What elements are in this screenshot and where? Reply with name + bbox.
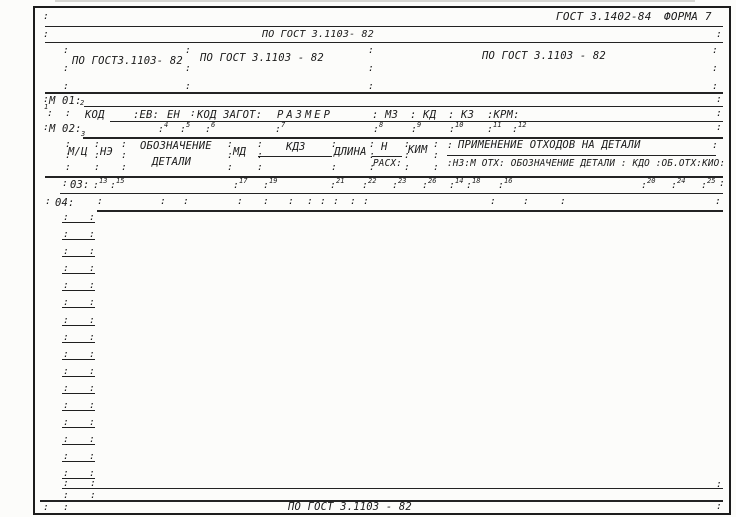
entry-row-line bbox=[62, 256, 95, 257]
gost-ref-top: ПО ГОСТ 3.1103- 82 bbox=[262, 29, 374, 40]
field-number: :11 bbox=[487, 121, 501, 135]
col-kod-zagot: КОД ЗАГОТ: bbox=[197, 109, 262, 121]
entry-row: : : bbox=[62, 450, 96, 467]
entry-row: : : bbox=[62, 314, 96, 331]
col-kod: КОД bbox=[85, 109, 105, 121]
standard-ref: ГОСТ 3.1402-84 bbox=[556, 10, 652, 23]
entry-row: : : bbox=[62, 228, 96, 245]
colon-mark: : bbox=[97, 197, 103, 207]
rule-under-primenenie bbox=[447, 155, 716, 156]
entry-row-line bbox=[62, 376, 95, 377]
entry-row: : : bbox=[62, 382, 96, 399]
field-number: :10 bbox=[449, 121, 463, 135]
entry-row: : : bbox=[62, 348, 96, 365]
entry-row: : : bbox=[62, 399, 96, 416]
entry-row: : : bbox=[62, 279, 96, 296]
field-number: :15 bbox=[110, 177, 124, 191]
field-number: :18 bbox=[466, 177, 480, 191]
colon-mark: : bbox=[433, 151, 439, 161]
col-ev: :ЕВ: bbox=[133, 109, 159, 121]
colon-mark: : bbox=[716, 480, 722, 490]
colon-mark: : bbox=[523, 197, 529, 207]
entry-row: : : bbox=[62, 262, 96, 279]
entry-row-line bbox=[62, 342, 95, 343]
entry-row: : : bbox=[62, 245, 96, 262]
colon-mark: : bbox=[65, 109, 71, 119]
field-number: :12 bbox=[512, 121, 526, 135]
entry-row-line bbox=[62, 325, 95, 326]
field-number: :7 bbox=[275, 121, 285, 135]
field-number: :4 bbox=[158, 121, 168, 135]
colon-mark: : bbox=[190, 109, 196, 119]
colon-mark: : bbox=[185, 64, 191, 74]
colon-mark: : bbox=[63, 479, 69, 489]
col-mc: М/Ц bbox=[68, 146, 88, 158]
colon-mark: : bbox=[185, 46, 191, 56]
col-md: МД bbox=[233, 146, 246, 158]
colon-mark: : bbox=[490, 197, 496, 207]
col-n: Н bbox=[381, 141, 388, 153]
field-number: :9 bbox=[411, 121, 421, 135]
colon-mark: : bbox=[307, 197, 313, 207]
colon-mark: : bbox=[257, 140, 263, 150]
colon-mark: : bbox=[63, 46, 69, 56]
rule-under-title bbox=[45, 26, 723, 27]
col-othody-subheader: :НЗ:М ОТХ: ОБОЗНАЧЕНИЕ ДЕТАЛИ : КДО :ОБ.… bbox=[447, 158, 725, 169]
rule-under-ref-band bbox=[45, 92, 723, 94]
field-number: :20 bbox=[641, 177, 655, 191]
colon-mark: : bbox=[227, 163, 233, 173]
colon-mark: : bbox=[65, 163, 71, 173]
colon-mark: : bbox=[90, 491, 96, 501]
colon-mark: : bbox=[43, 503, 49, 513]
colon-mark: : bbox=[160, 197, 166, 207]
colon-mark: : bbox=[43, 30, 49, 40]
kdz-fraction-line bbox=[258, 156, 332, 157]
gost-ref-cell-3: ПО ГОСТ 3.1103 - 82 bbox=[482, 50, 606, 62]
colon-mark: : bbox=[404, 163, 410, 173]
field-number: :25 bbox=[701, 177, 715, 191]
colon-mark: : bbox=[237, 197, 243, 207]
entry-row-line bbox=[62, 359, 95, 360]
rule-under-table-header bbox=[45, 176, 723, 178]
rule-under-row04 bbox=[97, 210, 723, 212]
entry-rows-ladder: : : : : : : : : : : : : : : : bbox=[62, 211, 96, 485]
entry-row: : : bbox=[62, 296, 96, 313]
field-number: :21 bbox=[330, 177, 344, 191]
colon-mark: : bbox=[333, 197, 339, 207]
colon-mark: : bbox=[715, 197, 721, 207]
entry-row-line bbox=[62, 410, 95, 411]
row-03-label: 03: bbox=[70, 179, 90, 191]
colon-mark: : bbox=[94, 163, 100, 173]
entry-row-line bbox=[62, 290, 95, 291]
col-krm: :КРМ: bbox=[487, 109, 520, 121]
row-m01-label: М 01: bbox=[49, 95, 82, 107]
entry-row-line bbox=[62, 427, 95, 428]
entry-row-line bbox=[62, 307, 95, 308]
colon-mark: : bbox=[121, 140, 127, 150]
colon-mark: : bbox=[719, 179, 725, 189]
n-rasx-fraction-line bbox=[372, 156, 402, 157]
field-number: :14 bbox=[449, 177, 463, 191]
colon-mark: : bbox=[433, 140, 439, 150]
colon-mark: : bbox=[62, 179, 68, 189]
colon-mark: : bbox=[716, 30, 722, 40]
col-kdz: КДЗ bbox=[286, 141, 306, 153]
form-number: ФОРМА 7 bbox=[664, 10, 712, 23]
colon-mark: : bbox=[447, 141, 453, 151]
row-m02-label: М 02: bbox=[49, 123, 82, 135]
colon-mark: : bbox=[368, 64, 374, 74]
colon-mark: : bbox=[368, 82, 374, 92]
col-razmer: РАЗМЕР bbox=[277, 109, 333, 121]
rule-under-top-ref bbox=[45, 42, 723, 43]
field-number: :26 bbox=[422, 177, 436, 191]
col-en: ЕН bbox=[167, 109, 180, 121]
colon-mark: : bbox=[47, 109, 53, 119]
col-mz: : МЗ bbox=[372, 109, 398, 121]
col-detali: ДЕТАЛИ bbox=[152, 156, 191, 168]
field-number: :13 bbox=[93, 177, 107, 191]
col-kz: : КЗ bbox=[448, 109, 474, 121]
colon-mark: : bbox=[320, 197, 326, 207]
row-04-label: 04: bbox=[55, 197, 75, 209]
colon-mark: : bbox=[350, 197, 356, 207]
colon-mark: : bbox=[716, 109, 722, 119]
field-number: :5 bbox=[180, 121, 190, 135]
field-number: :17 bbox=[233, 177, 247, 191]
colon-mark: : bbox=[185, 82, 191, 92]
colon-mark: : bbox=[712, 64, 718, 74]
colon-mark: : bbox=[257, 151, 263, 161]
scanned-gost-form: : ГОСТ 3.1402-84 ФОРМА 7 : ПО ГОСТ 3.110… bbox=[0, 0, 736, 517]
colon-mark: : bbox=[560, 197, 566, 207]
col-kim: КИМ bbox=[408, 144, 428, 156]
col-dlina: ДЛИНА bbox=[334, 146, 367, 158]
colon-mark: : bbox=[716, 95, 722, 105]
entry-row: : : bbox=[62, 211, 96, 228]
field-number: :24 bbox=[671, 177, 685, 191]
colon-mark: : bbox=[90, 479, 96, 489]
colon-mark: : bbox=[433, 163, 439, 173]
col-kd: : КД bbox=[410, 109, 436, 121]
colon-mark: : bbox=[43, 12, 49, 22]
rule-body-bottom bbox=[62, 488, 723, 489]
gost-ref-cell-1: ПО ГОСТ3.1103- 82 bbox=[72, 55, 183, 67]
colon-mark: : bbox=[716, 123, 722, 133]
field-number: :22 bbox=[362, 177, 376, 191]
colon-mark: : bbox=[712, 46, 718, 56]
colon-mark: : bbox=[45, 197, 51, 207]
colon-mark: : bbox=[121, 151, 127, 161]
col-rasx: РАСХ: bbox=[373, 158, 402, 169]
entry-row-line bbox=[62, 393, 95, 394]
entry-row-line bbox=[62, 222, 95, 223]
entry-row-line bbox=[62, 273, 95, 274]
colon-mark: : bbox=[288, 197, 294, 207]
gost-ref-bottom: ПО ГОСТ 3.1103 - 82 bbox=[288, 501, 412, 513]
colon-mark: : bbox=[121, 163, 127, 173]
colon-mark: : bbox=[368, 46, 374, 56]
entry-row-line bbox=[62, 239, 95, 240]
entry-row: : : bbox=[62, 416, 96, 433]
colon-mark: : bbox=[63, 82, 69, 92]
rule-under-m01 bbox=[84, 106, 723, 107]
entry-row: : : bbox=[62, 433, 96, 450]
field-number: :6 bbox=[205, 121, 215, 135]
field-number: 3 bbox=[81, 130, 85, 138]
colon-mark: : bbox=[257, 163, 263, 173]
field-number: :19 bbox=[263, 177, 277, 191]
field-number: :23 bbox=[392, 177, 406, 191]
form-border bbox=[33, 6, 731, 515]
entry-row: : : bbox=[62, 331, 96, 348]
colon-mark: : bbox=[63, 491, 69, 501]
colon-mark: : bbox=[369, 140, 375, 150]
colon-mark: : bbox=[63, 64, 69, 74]
field-number: :8 bbox=[373, 121, 383, 135]
colon-mark: : bbox=[263, 197, 269, 207]
colon-mark: : bbox=[716, 502, 722, 512]
colon-mark: : bbox=[331, 163, 337, 173]
entry-row: : : bbox=[62, 365, 96, 382]
entry-row-line bbox=[62, 461, 95, 462]
colon-mark: : bbox=[712, 82, 718, 92]
rule-under-row03 bbox=[60, 193, 723, 194]
entry-row-line bbox=[62, 444, 95, 445]
colon-mark: : bbox=[183, 197, 189, 207]
colon-mark: : bbox=[363, 197, 369, 207]
field-number: :16 bbox=[498, 177, 512, 191]
colon-mark: : bbox=[712, 141, 718, 151]
scan-edge-artifact bbox=[55, 0, 695, 2]
col-oboznachenie: ОБОЗНАЧЕНИЕ bbox=[140, 140, 212, 152]
colon-mark: : bbox=[63, 503, 69, 513]
field-number: 2 bbox=[80, 99, 84, 107]
col-primenenie-othodov: ПРИМЕНЕНИЕ ОТХОДОВ НА ДЕТАЛИ bbox=[458, 139, 641, 151]
gost-ref-cell-2: ПО ГОСТ 3.1103 - 82 bbox=[200, 52, 324, 64]
col-ne: НЭ bbox=[100, 146, 113, 158]
